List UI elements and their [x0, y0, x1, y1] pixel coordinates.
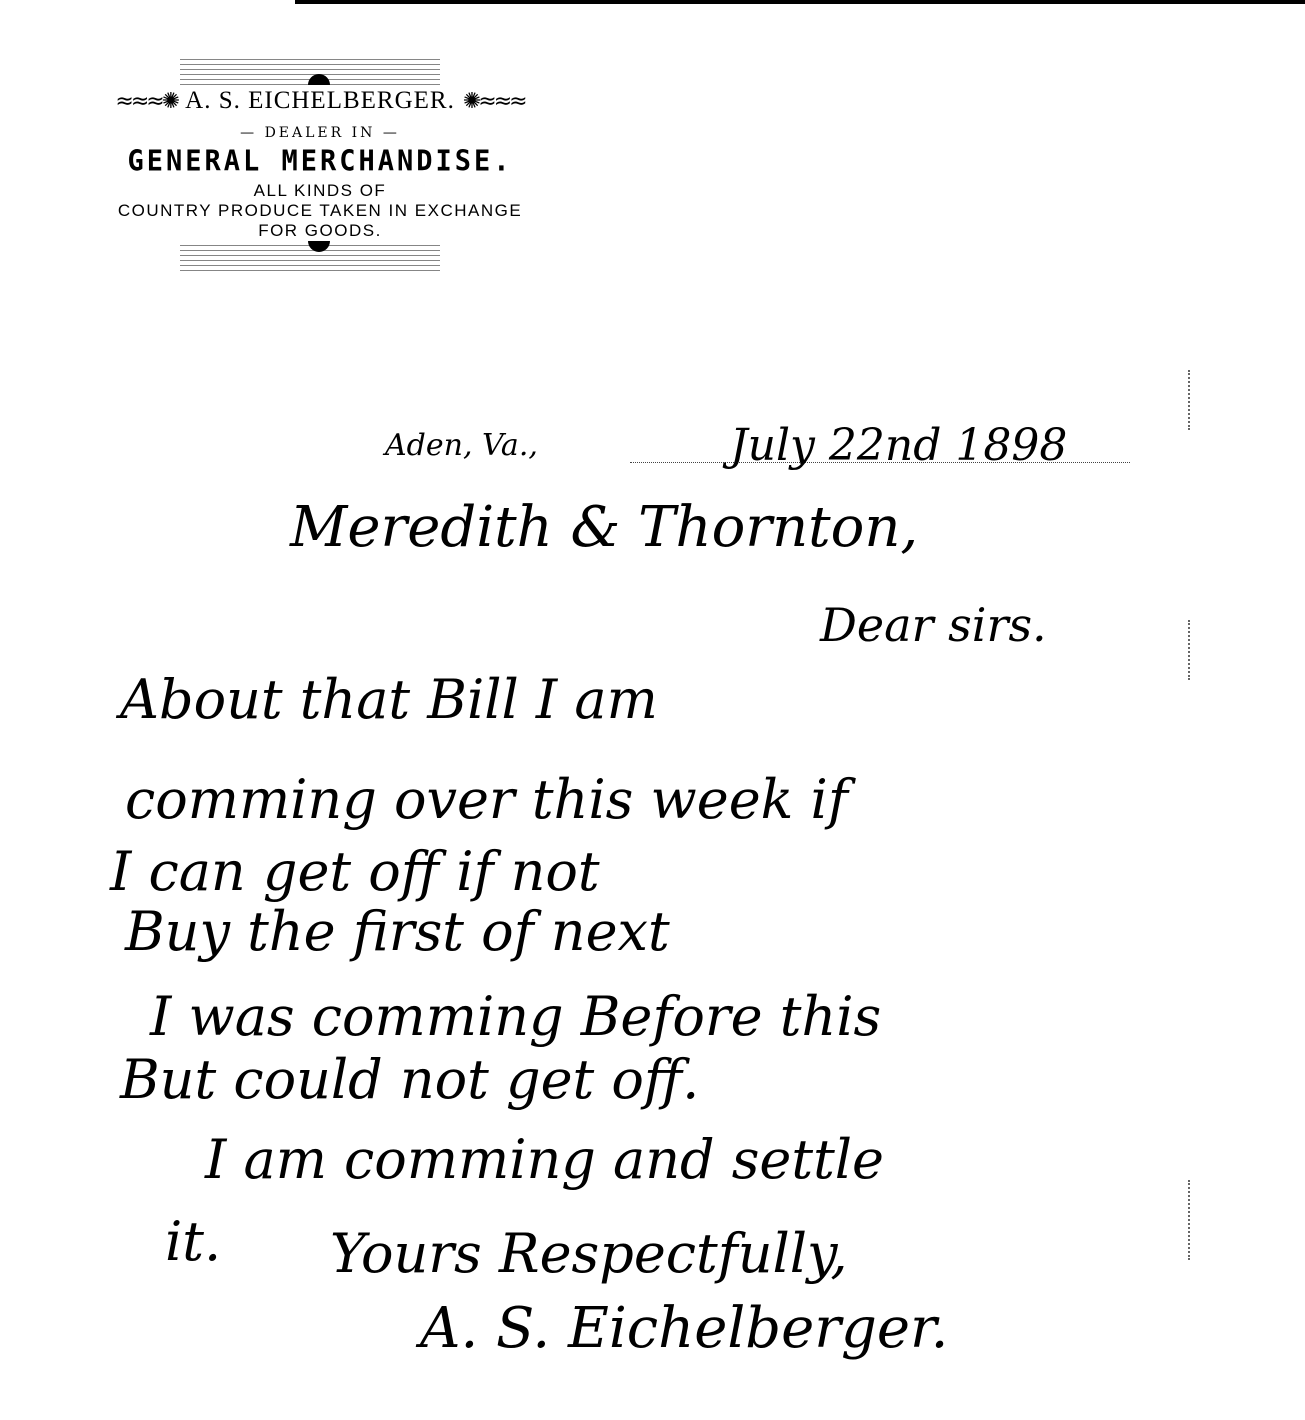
signature: A. S. Eichelberger. — [420, 1296, 948, 1361]
produce-line: COUNTRY PRODUCE TAKEN IN EXCHANGE — [50, 201, 590, 221]
dealer-line: — DEALER IN — — [50, 125, 590, 141]
produce-notice: ALL KINDS OF COUNTRY PRODUCE TAKEN IN EX… — [50, 181, 590, 241]
flourish-left-icon: ≈≈≈✺ — [115, 89, 177, 114]
sunburst-ornament-top — [50, 55, 590, 85]
body-line: I was comming Before this — [150, 985, 881, 1048]
merchant-name-row: ≈≈≈✺ A. S. EICHELBERGER. ✺≈≈≈ — [50, 87, 590, 115]
body-line: I am comming and settle — [205, 1128, 884, 1191]
body-line: Buy the first of next — [125, 900, 670, 963]
closing: Yours Respectfully, — [330, 1222, 848, 1285]
body-line: But could not get off. — [120, 1048, 699, 1111]
flourish-right-icon: ✺≈≈≈ — [463, 89, 525, 114]
scan-artifact — [1188, 1180, 1193, 1260]
business-type: GENERAL MERCHANDISE. — [50, 145, 590, 178]
scan-artifact — [1188, 620, 1193, 680]
body-line: comming over this week if — [125, 768, 848, 831]
salutation: Dear sirs. — [820, 598, 1047, 652]
scan-edge-bar — [295, 0, 1305, 4]
letter-place: Aden, Va., — [385, 428, 538, 463]
addressee: Meredith & Thornton, — [290, 495, 918, 560]
merchant-name: A. S. EICHELBERGER. — [185, 87, 455, 115]
produce-line: FOR GOODS. — [50, 221, 590, 241]
body-line: About that Bill I am — [120, 668, 658, 731]
sunburst-ornament-bottom — [50, 241, 590, 271]
scan-artifact — [1188, 370, 1193, 430]
letter-date: July 22nd 1898 — [730, 420, 1067, 471]
produce-line: ALL KINDS OF — [50, 181, 590, 201]
body-line: I can get off if not — [110, 840, 600, 903]
letterhead: ≈≈≈✺ A. S. EICHELBERGER. ✺≈≈≈ — DEALER I… — [50, 55, 590, 271]
body-line: it. — [165, 1210, 221, 1273]
